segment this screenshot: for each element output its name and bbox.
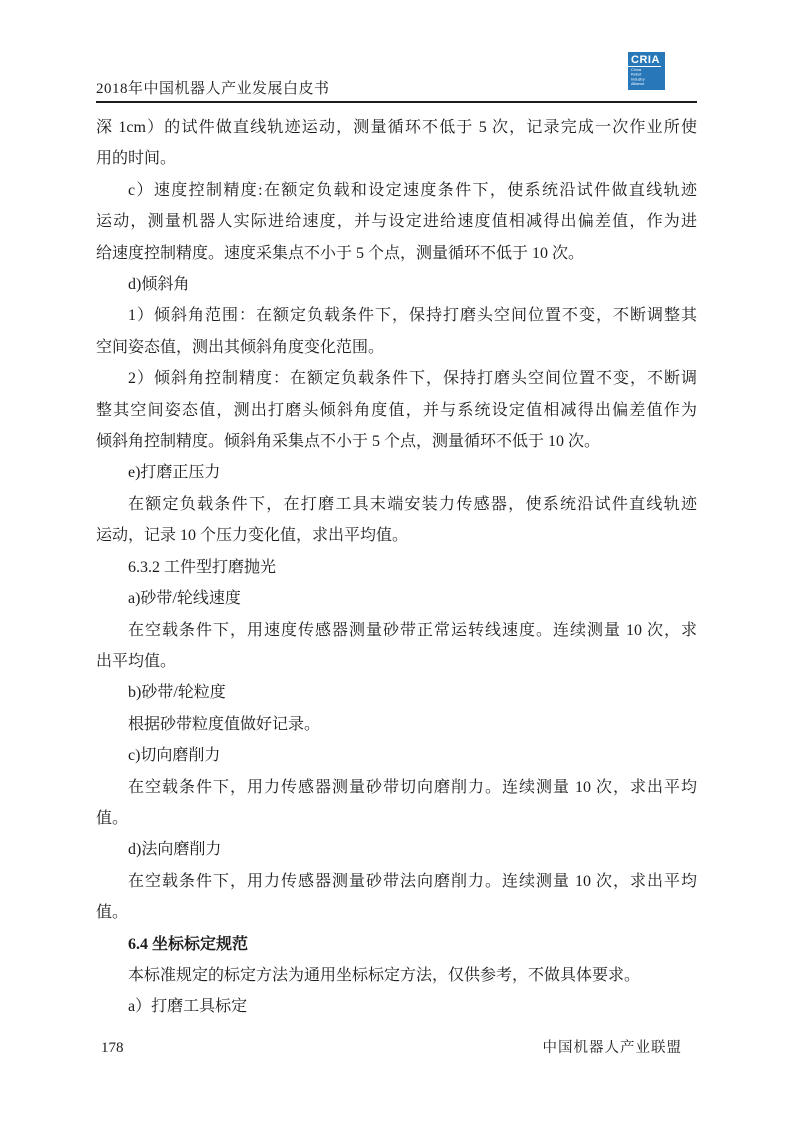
- text-line: 6.4 坐标标定规范: [96, 929, 697, 960]
- paragraph: 1）倾斜角范围：在额定负载条件下，保持打磨头空间位置不变，不断调整其空间姿态值，…: [96, 300, 697, 363]
- footer-organization: 中国机器人产业联盟: [543, 1036, 683, 1057]
- text-line: 值。: [96, 803, 697, 834]
- text-line: 整其空间姿态值，测出打磨头倾斜角度值，并与系统设定值相减得出偏差值作为: [96, 395, 697, 426]
- text-line: d)倾斜角: [96, 269, 697, 300]
- text-line: 在空载条件下，用力传感器测量砂带切向磨削力。连续测量 10 次，求出平均: [96, 772, 697, 803]
- text-line: e)打磨正压力: [96, 457, 697, 488]
- paragraph: d)法向磨削力: [96, 834, 697, 865]
- text-line: 在空载条件下，用速度传感器测量砂带正常运转线速度。连续测量 10 次，求: [96, 615, 697, 646]
- paragraph: 在空载条件下，用力传感器测量砂带切向磨削力。连续测量 10 次，求出平均值。: [96, 772, 697, 835]
- paragraph: a)砂带/轮线速度: [96, 583, 697, 614]
- paragraph: c)切向磨削力: [96, 740, 697, 771]
- text-line: c）速度控制精度:在额定负载和设定速度条件下，使系统沿试件做直线轨迹: [96, 175, 697, 206]
- text-line: 深 1cm）的试件做直线轨迹运动，测量循环不低于 5 次，记录完成一次作业所使: [96, 112, 697, 143]
- header-rule: [96, 101, 697, 103]
- text-line: 倾斜角控制精度。倾斜角采集点不小于 5 个点，测量循环不低于 10 次。: [96, 426, 697, 457]
- paragraph: 深 1cm）的试件做直线轨迹运动，测量循环不低于 5 次，记录完成一次作业所使用…: [96, 112, 697, 175]
- text-line: 空间姿态值，测出其倾斜角度变化范围。: [96, 332, 697, 363]
- paragraph: 在空载条件下，用速度传感器测量砂带正常运转线速度。连续测量 10 次，求出平均值…: [96, 615, 697, 678]
- text-line: 给速度控制精度。速度采集点不小于 5 个点，测量循环不低于 10 次。: [96, 238, 697, 269]
- text-line: 在额定负载条件下，在打磨工具末端安装力传感器，使系统沿试件直线轨迹: [96, 489, 697, 520]
- paragraph: 在空载条件下，用力传感器测量砂带法向磨削力。连续测量 10 次，求出平均值。: [96, 866, 697, 929]
- paragraph: 2）倾斜角控制精度：在额定负载条件下，保持打磨头空间位置不变，不断调整其空间姿态…: [96, 363, 697, 457]
- paragraph: 本标准规定的标定方法为通用坐标标定方法，仅供参考，不做具体要求。: [96, 960, 697, 991]
- text-line: a)砂带/轮线速度: [96, 583, 697, 614]
- paragraph: a）打磨工具标定: [96, 991, 697, 1022]
- header-title: 2018年中国机器人产业发展白皮书: [96, 77, 330, 98]
- text-line: c)切向磨削力: [96, 740, 697, 771]
- text-line: b)砂带/轮粒度: [96, 677, 697, 708]
- cria-logo-subtext: China Robot Industry Alliance: [630, 67, 648, 87]
- text-line: 运动，测量机器人实际进给速度，并与设定进给速度值相减得出偏差值，作为进: [96, 206, 697, 237]
- text-line: 出平均值。: [96, 646, 697, 677]
- cria-logo: CRIA China Robot Industry Alliance: [628, 52, 665, 90]
- text-line: 6.3.2 工件型打磨抛光: [96, 552, 697, 583]
- text-line: 本标准规定的标定方法为通用坐标标定方法，仅供参考，不做具体要求。: [96, 960, 697, 991]
- document-body: 深 1cm）的试件做直线轨迹运动，测量循环不低于 5 次，记录完成一次作业所使用…: [96, 112, 697, 1023]
- text-line: 值。: [96, 897, 697, 928]
- document-page: CRIA China Robot Industry Alliance 2018年…: [0, 0, 793, 1122]
- text-line: 根据砂带粒度值做好记录。: [96, 709, 697, 740]
- text-line: 在空载条件下，用力传感器测量砂带法向磨削力。连续测量 10 次，求出平均: [96, 866, 697, 897]
- text-line: 2）倾斜角控制精度：在额定负载条件下，保持打磨头空间位置不变，不断调: [96, 363, 697, 394]
- paragraph: c）速度控制精度:在额定负载和设定速度条件下，使系统沿试件做直线轨迹运动，测量机…: [96, 175, 697, 269]
- paragraph: 6.3.2 工件型打磨抛光: [96, 552, 697, 583]
- cria-logo-subtext-line: Alliance: [631, 82, 647, 87]
- text-line: 用的时间。: [96, 143, 697, 174]
- paragraph: e)打磨正压力: [96, 457, 697, 488]
- page-number: 178: [96, 1040, 124, 1057]
- text-line: a）打磨工具标定: [96, 991, 697, 1022]
- page-footer: 178 中国机器人产业联盟: [96, 1036, 682, 1057]
- paragraph: b)砂带/轮粒度: [96, 677, 697, 708]
- paragraph: 6.4 坐标标定规范: [96, 929, 697, 960]
- cria-logo-acronym: CRIA: [628, 52, 661, 67]
- paragraph: d)倾斜角: [96, 269, 697, 300]
- paragraph: 根据砂带粒度值做好记录。: [96, 709, 697, 740]
- paragraph: 在额定负载条件下，在打磨工具末端安装力传感器，使系统沿试件直线轨迹运动，记录 1…: [96, 489, 697, 552]
- text-line: 运动，记录 10 个压力变化值，求出平均值。: [96, 520, 697, 551]
- text-line: d)法向磨削力: [96, 834, 697, 865]
- text-line: 1）倾斜角范围：在额定负载条件下，保持打磨头空间位置不变，不断调整其: [96, 300, 697, 331]
